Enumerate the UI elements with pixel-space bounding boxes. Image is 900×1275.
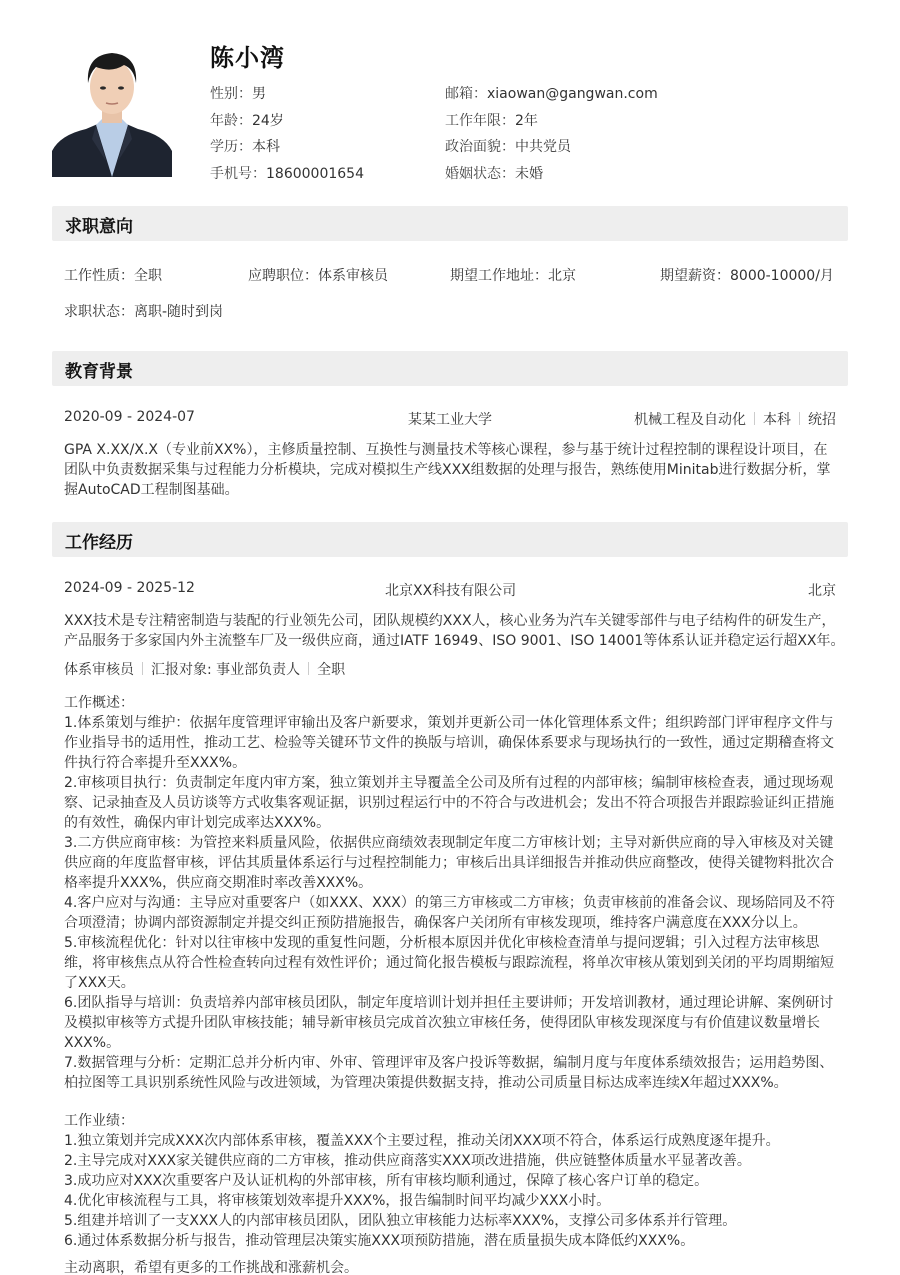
section-title: 求职意向: [65, 212, 133, 237]
text-line: 握AutoCAD工程制图基础。: [64, 480, 838, 500]
info-gender: 性别：男: [210, 84, 364, 111]
education-description: GPA X.XX/X.X（专业前XX%），主修质量控制、互换性与测量技术等核心课…: [64, 440, 838, 500]
work-role-meta: 体系审核员汇报对象: 事业部负责人全职: [64, 659, 345, 679]
info-value: 24岁: [252, 113, 284, 129]
portrait-icon: [52, 43, 172, 177]
info-label: 工作年限：: [445, 113, 515, 129]
work-description: 工作概述： 1.体系策划与维护：依据年度管理评审输出及客户新要求，策划并更新公司…: [64, 693, 838, 1093]
education-type: 统招: [808, 412, 836, 428]
text-line: 作业指导书的适用性，推动工艺、检验等关键环节文件的换版与培训，确保体系要求与现场…: [64, 733, 838, 753]
text-line: 格率提升XXX%，供应商交期准时率改善XXX%。: [64, 873, 838, 893]
text-line: 6.通过体系数据分析与报告，推动管理层决策实施XXX项预防措施，潜在质量损失成本…: [64, 1231, 838, 1251]
text-line: 维，将审核焦点从符合性检查转向过程有效性评价；通过简化报告模板与跟踪流程，将单次…: [64, 953, 838, 973]
work-job-type: 全职: [317, 662, 345, 678]
info-value: 未婚: [515, 166, 543, 182]
text-line: XXX技术是专注精密制造与装配的行业领先公司，团队规模约XXX人，核心业务为汽车…: [64, 611, 838, 631]
section-header-education: 教育背景: [52, 351, 848, 386]
intent-label: 应聘职位：: [248, 268, 318, 284]
intent-location: 期望工作地址：北京: [450, 265, 576, 285]
text-line: 5.组建并培训了一支XXX人的内部审核员团队，团队独立审核能力达标率XXX%，支…: [64, 1211, 838, 1231]
info-value: 2年: [515, 113, 538, 129]
info-value: 男: [252, 86, 266, 102]
text-line: 5.审核流程优化：针对以往审核中发现的重复性问题，分析根本原因并优化审核检查清单…: [64, 933, 838, 953]
separator: [142, 662, 143, 675]
intent-value: 8000-10000/月: [730, 268, 834, 284]
intent-work-type: 工作性质：全职: [64, 265, 162, 285]
info-value: 18600001654: [266, 166, 364, 182]
info-email: 邮箱：xiaowan@gangwan.com: [445, 84, 658, 111]
work-city: 北京: [808, 580, 836, 600]
info-political-status: 政治面貌：中共党员: [445, 137, 658, 164]
education-major-degree: 机械工程及自动化本科统招: [634, 409, 836, 429]
intent-label: 期望薪资：: [660, 268, 730, 284]
text-line: 供应商的年度监督审核，评估其质量体系运行与过程控制能力；审核后出具详细报告并推动…: [64, 853, 838, 873]
text-line: 1.体系策划与维护：依据年度管理评审输出及客户新要求，策划并更新公司一体化管理体…: [64, 713, 838, 733]
text-line: GPA X.XX/X.X（专业前XX%），主修质量控制、互换性与测量技术等核心课…: [64, 440, 838, 460]
text-line: 产品服务于多家国内外主流整车厂及一级供应商，通过IATF 16949、ISO 9…: [64, 631, 838, 651]
work-role: 体系审核员: [64, 662, 134, 678]
intent-label: 求职状态：: [64, 304, 134, 320]
text-line: XXX%。: [64, 1033, 838, 1053]
text-line: 6.团队指导与培训：负责培养内部审核员团队，制定年度培训计划并担任主要讲师；开发…: [64, 993, 838, 1013]
text-line: 及模拟审核等方式提升团队审核技能；辅导新审核员完成首次独立审核任务，使得团队审核…: [64, 1013, 838, 1033]
info-label: 性别：: [210, 86, 252, 102]
info-value: 本科: [252, 139, 280, 155]
education-major: 机械工程及自动化: [634, 412, 746, 428]
intent-position: 应聘职位：体系审核员: [248, 265, 388, 285]
text-line: 工作业绩：: [64, 1111, 838, 1131]
info-marital-status: 婚姻状态：未婚: [445, 164, 658, 191]
education-period: 2020-09 - 2024-07: [64, 409, 195, 425]
info-label: 政治面貌：: [445, 139, 515, 155]
text-line: 1.独立策划并完成XXX次内部体系审核，覆盖XXX个主要过程，推动关闭XXX项不…: [64, 1131, 838, 1151]
work-company: 北京XX科技有限公司: [385, 580, 516, 600]
leave-reason: 主动离职，希望有更多的工作挑战和涨薪机会。: [64, 1257, 358, 1275]
info-label: 婚姻状态：: [445, 166, 515, 182]
basic-info-right: 邮箱：xiaowan@gangwan.com 工作年限：2年 政治面貌：中共党员…: [445, 84, 658, 190]
section-title: 工作经历: [65, 528, 133, 553]
info-value: 中共党员: [515, 139, 571, 155]
separator: [799, 412, 800, 425]
text-line: 2.审核项目执行：负责制定年度内审方案，独立策划并主导覆盖全公司及所有过程的内部…: [64, 773, 838, 793]
text-line: 4.客户应对与沟通：主导应对重要客户（如XXX、XXX）的第三方审核或二方审核；…: [64, 893, 838, 913]
text-line: 团队中负责数据采集与过程能力分析模块，完成对模拟生产线XXX组数据的处理与报告，…: [64, 460, 838, 480]
text-line: 件执行符合率提升至XXX%。: [64, 753, 838, 773]
text-line: 7.数据管理与分析：定期汇总并分析内审、外审、管理评审及客户投诉等数据，编制月度…: [64, 1053, 838, 1073]
section-header-work: 工作经历: [52, 522, 848, 557]
info-phone: 手机号：18600001654: [210, 164, 364, 191]
intent-status: 求职状态：离职-随时到岗: [64, 301, 223, 321]
intent-salary: 期望薪资：8000-10000/月: [660, 265, 834, 285]
info-label: 年龄：: [210, 113, 252, 129]
education-degree: 本科: [763, 412, 791, 428]
intent-value: 全职: [134, 268, 162, 284]
intent-value: 体系审核员: [318, 268, 388, 284]
info-label: 手机号：: [210, 166, 266, 182]
avatar-photo: [52, 43, 172, 177]
info-label: 学历：: [210, 139, 252, 155]
intent-value: 北京: [548, 268, 576, 284]
profile-header: 陈小湾 性别：男 年龄：24岁 学历：本科 手机号：18600001654 邮箱…: [52, 38, 852, 178]
company-intro: XXX技术是专注精密制造与装配的行业领先公司，团队规模约XXX人，核心业务为汽车…: [64, 611, 838, 651]
text-line: 察、记录抽查及人员访谈等方式收集客观证据，识别过程运行中的不符合与改进机会；发出…: [64, 793, 838, 813]
intent-value: 离职-随时到岗: [134, 304, 223, 320]
info-value: xiaowan@gangwan.com: [487, 86, 658, 102]
text-line: 合项澄清；协调内部资源制定并提交纠正预防措施报告，确保客户关闭所有审核发现项，维…: [64, 913, 838, 933]
work-period: 2024-09 - 2025-12: [64, 580, 195, 596]
work-report-to: 汇报对象: 事业部负责人: [151, 662, 300, 678]
separator: [754, 412, 755, 425]
candidate-name: 陈小湾: [210, 38, 285, 73]
section-title: 教育背景: [65, 357, 133, 382]
basic-info-left: 性别：男 年龄：24岁 学历：本科 手机号：18600001654: [210, 84, 364, 190]
text-line: 工作概述：: [64, 693, 838, 713]
education-school: 某某工业大学: [408, 409, 492, 429]
text-line: 4.优化审核流程与工具，将审核策划效率提升XXX%，报告编制时间平均减少XXX小…: [64, 1191, 838, 1211]
intent-label: 期望工作地址：: [450, 268, 548, 284]
work-achievements: 工作业绩： 1.独立策划并完成XXX次内部体系审核，覆盖XXX个主要过程，推动关…: [64, 1111, 838, 1251]
separator: [308, 662, 309, 675]
info-education: 学历：本科: [210, 137, 364, 164]
section-header-job-intent: 求职意向: [52, 206, 848, 241]
text-line: 了XXX天。: [64, 973, 838, 993]
info-label: 邮箱：: [445, 86, 487, 102]
text-line: 2.主导完成对XXX家关键供应商的二方审核，推动供应商落实XXX项改进措施，供应…: [64, 1151, 838, 1171]
info-work-years: 工作年限：2年: [445, 111, 658, 138]
text-line: 3.成功应对XXX次重要客户及认证机构的外部审核，所有审核均顺利通过，保障了核心…: [64, 1171, 838, 1191]
intent-label: 工作性质：: [64, 268, 134, 284]
text-line: 柏拉图等工具识别系统性风险与改进领域，为管理决策提供数据支持，推动公司质量目标达…: [64, 1073, 838, 1093]
info-age: 年龄：24岁: [210, 111, 364, 138]
text-line: 的有效性，确保内审计划完成率达XXX%。: [64, 813, 838, 833]
text-line: 3.二方供应商审核：为管控来料质量风险，依据供应商绩效表现制定年度二方审核计划；…: [64, 833, 838, 853]
